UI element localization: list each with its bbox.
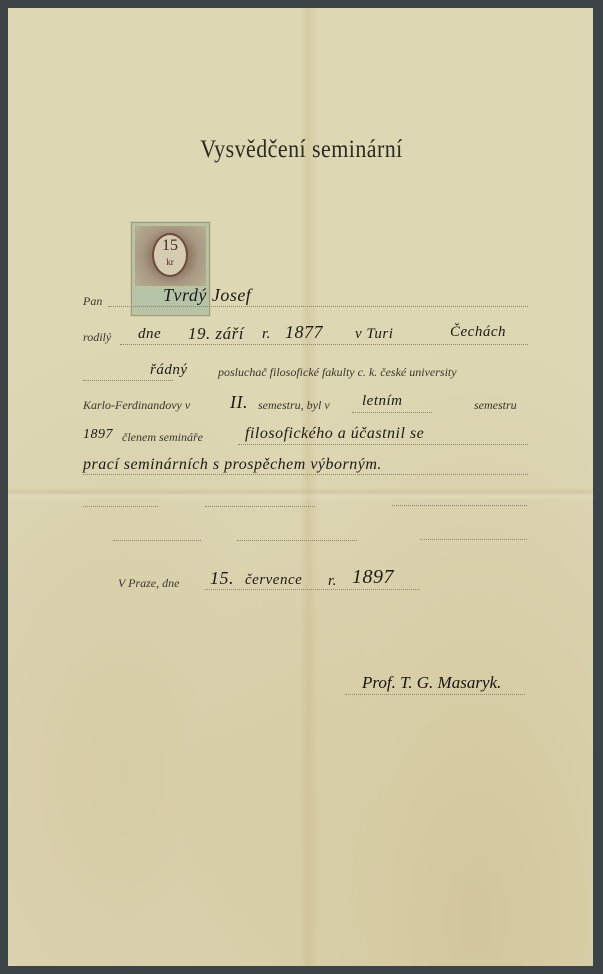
date-dotted-line [205, 589, 420, 590]
birth-year: 1877 [285, 322, 323, 343]
student-name: Tvrdý Josef [163, 285, 251, 306]
empty-dotted-line [113, 540, 201, 541]
stamp-value: 15 kr [152, 233, 188, 277]
signature-dotted-line [345, 694, 525, 695]
professor-signature: Prof. T. G. Masaryk. [362, 673, 501, 693]
student-status: řádný [150, 362, 188, 379]
semester-number: II. [230, 392, 248, 413]
clenem-text: členem semináře [122, 430, 203, 445]
date-year: 1897 [352, 566, 394, 589]
document-title: Vysvědčení seminární [36, 136, 567, 164]
semester-type: letním [362, 393, 403, 410]
membership-year: 1897 [83, 427, 113, 443]
semester-type-dotted-line [352, 412, 432, 413]
birth-place-prefix: v Turi [355, 326, 393, 343]
date-month: července [245, 572, 302, 589]
birth-year-label: r. [262, 326, 271, 343]
semestru-end: semestru [474, 398, 517, 413]
empty-dotted-line [392, 505, 527, 506]
empty-dotted-line [420, 539, 527, 540]
birth-day-label: dne [138, 326, 161, 343]
empty-dotted-line [83, 506, 158, 507]
date-day: 15. [210, 568, 234, 589]
posluchac-text: posluchač filosofické fakulty c. k. česk… [218, 365, 457, 380]
rodily-label: rodilý [83, 330, 111, 345]
pan-label: Pan [83, 294, 102, 309]
result-dotted-line [83, 474, 528, 475]
empty-dotted-line [237, 540, 357, 541]
birth-day: 19. září [188, 324, 244, 344]
empty-dotted-line [205, 506, 315, 507]
status-dotted-line [83, 380, 173, 381]
place-date-label: V Praze, dne [118, 576, 179, 591]
birth-place: Čechách [450, 324, 506, 341]
birth-dotted-line [120, 344, 528, 345]
pan-dotted-line [108, 306, 528, 307]
date-year-label: r. [328, 573, 337, 590]
result-text: prací seminárních s prospěchem výborným. [83, 456, 382, 474]
seminar-name: filosofického a účastnil se [245, 425, 424, 443]
seminar-dotted-line [238, 444, 528, 445]
karlo-text: Karlo-Ferdinandovy v [83, 398, 190, 413]
semestru-text: semestru, byl v [258, 398, 330, 413]
